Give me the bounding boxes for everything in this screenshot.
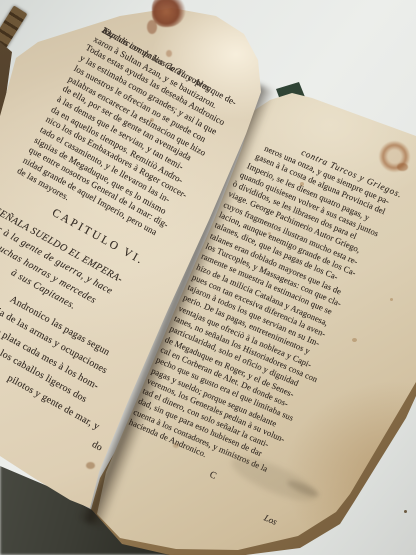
book-photo: contra Turcos y Griegos. neros una onza,…: [0, 0, 416, 555]
foxing-spot: [150, 118, 154, 122]
ink-stain-right-2: [397, 163, 408, 171]
foxing-spot: [300, 182, 304, 186]
foxing-spot: [173, 443, 179, 448]
foxing-spot: [390, 298, 393, 301]
foxing-spot: [86, 462, 95, 469]
ink-stain-top-2: [147, 20, 157, 34]
foxing-spot: [404, 510, 407, 513]
foxing-spot: [352, 338, 357, 342]
foxing-spot: [268, 232, 271, 235]
foxing-spot: [166, 50, 172, 57]
